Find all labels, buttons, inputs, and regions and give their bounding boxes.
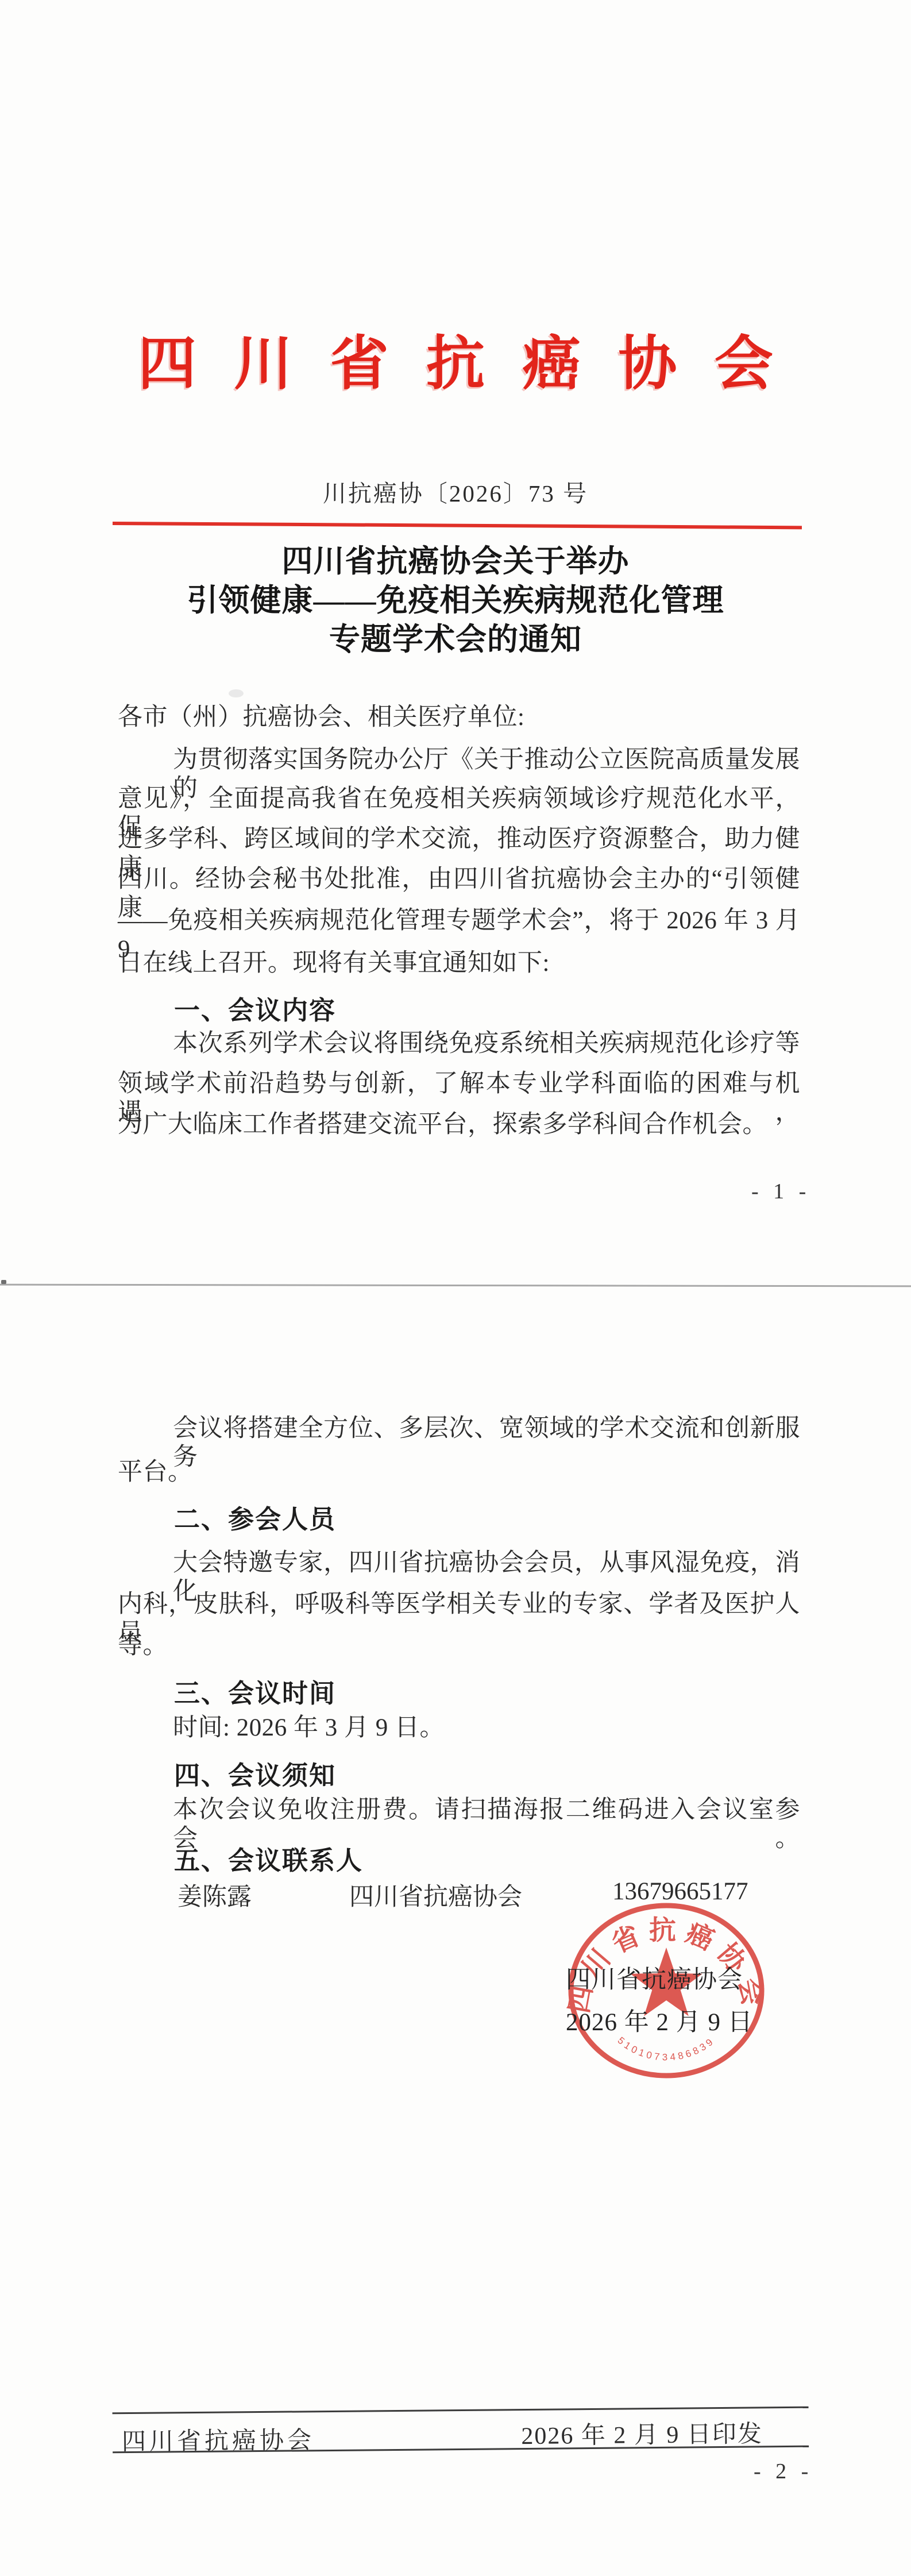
letterhead-red-rule <box>113 522 802 529</box>
page2-number: - 2 - <box>754 2459 813 2484</box>
section-heading-1: 一、会议内容 <box>174 989 336 1027</box>
notice-title: 四川省抗癌协会关于举办 引领健康——免疫相关疾病规范化管理 专题学术会的通知 <box>0 542 911 659</box>
section-heading-5: 五、会议联系人 <box>174 1840 363 1877</box>
body-line: 平台。 <box>118 1458 800 1487</box>
section-heading-2: 二、参会人员 <box>174 1498 336 1536</box>
page1-number: - 1 - <box>751 1179 810 1204</box>
footer-rule-top <box>113 2407 809 2415</box>
section-heading-3: 三、会议时间 <box>174 1672 336 1710</box>
meeting-time-line: 时间: 2026 年 3 月 9 日。 <box>173 1714 800 1742</box>
contact-name: 姜陈露 <box>177 1877 252 1912</box>
body-line: 本次系列学术会议将围绕免疫系统相关疾病规范化诊疗等 <box>173 1029 800 1058</box>
notice-title-line-3: 专题学术会的通知 <box>0 620 911 659</box>
notice-title-line-1: 四川省抗癌协会关于举办 <box>0 542 911 581</box>
body-line: 为广大临床工作者搭建交流平台，探索多学科间合作机会。 <box>118 1110 800 1139</box>
letterhead-org-title: 四川省抗癌协会 <box>0 317 911 401</box>
scanned-document: 四川省抗癌协会 川抗癌协〔2026〕73 号 四川省抗癌协会关于举办 引领健康—… <box>0 0 911 2576</box>
footer: 四川省抗癌协会 2026 年 2 月 9 日印发 <box>112 2392 809 2490</box>
svg-text:5101073486839: 5101073486839 <box>616 2035 717 2063</box>
scan-smudge <box>229 689 244 697</box>
scan-speck <box>1 1280 6 1284</box>
body-line: 日在线上召开。现将有关事宜通知如下: <box>118 949 800 978</box>
body-line: 等。 <box>118 1632 800 1660</box>
salutation: 各市（州）抗癌协会、相关医疗单位: <box>118 703 800 732</box>
page-seam <box>0 1284 911 1287</box>
document-number: 川抗癌协〔2026〕73 号 <box>0 475 911 508</box>
signature-org: 四川省抗癌协会 <box>566 1960 743 1995</box>
section-heading-4: 四、会议须知 <box>174 1754 336 1792</box>
contact-phone: 13679665177 <box>612 1877 748 1906</box>
signature-date: 2026 年 2 月 9 日 <box>566 2003 753 2038</box>
notice-title-line-2: 引领健康——免疫相关疾病规范化管理 <box>0 581 911 620</box>
contact-org: 四川省抗癌协会 <box>349 1877 522 1912</box>
seal-serial-number: 5101073486839 <box>616 2035 717 2063</box>
